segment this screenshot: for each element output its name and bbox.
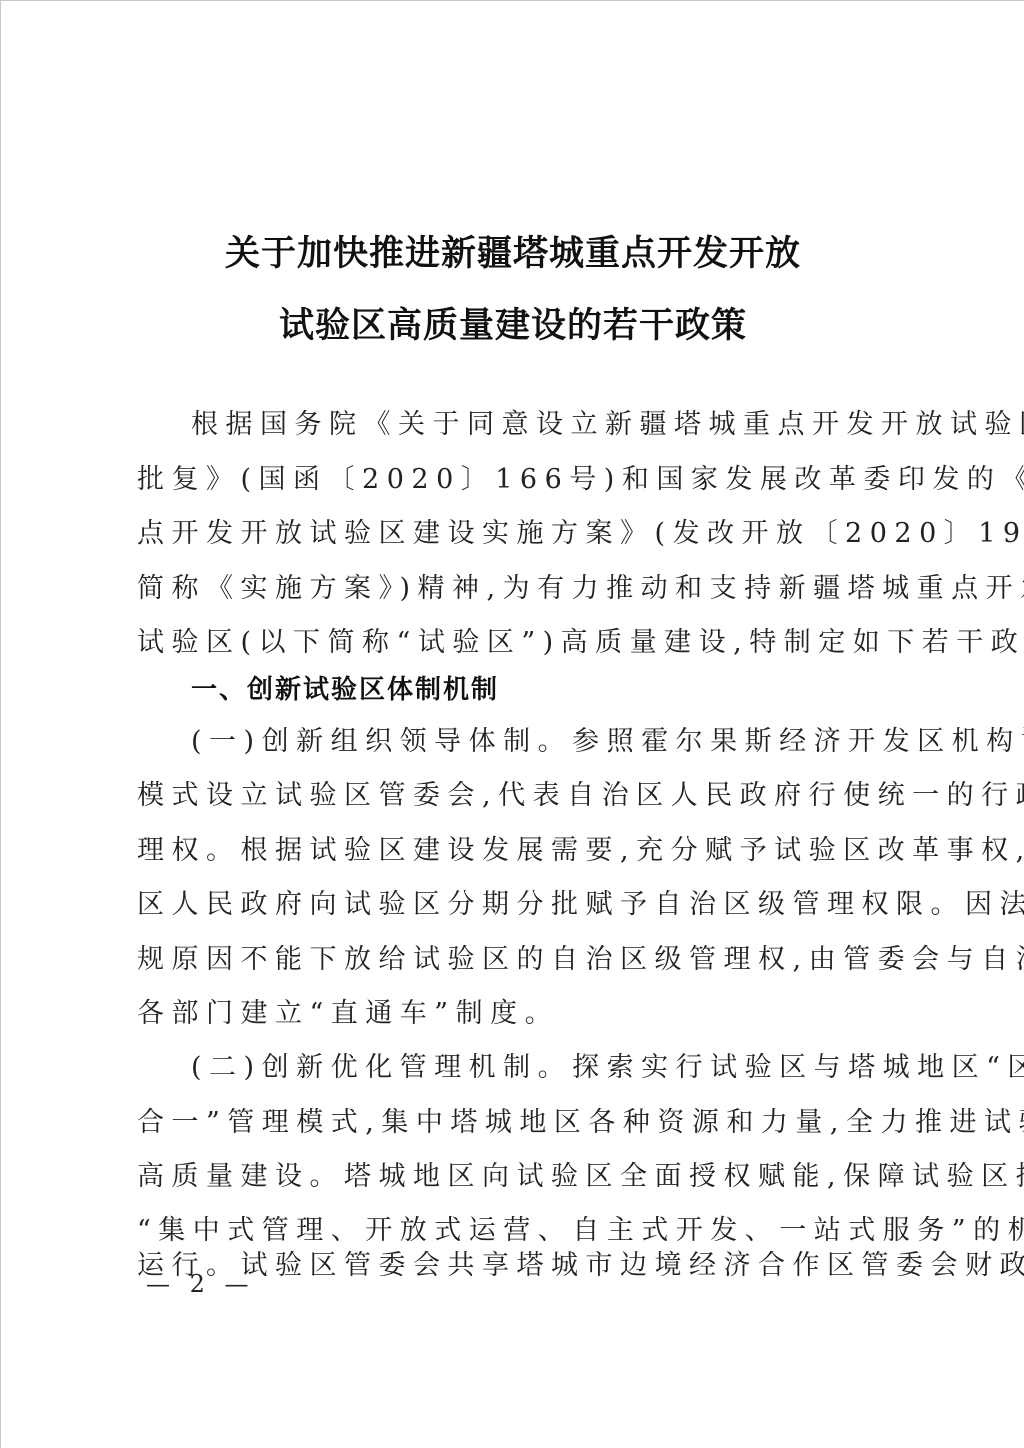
item-1-paragraph-line: 各部门建立“直通车”制度。 — [137, 997, 892, 1031]
document-title-line-1: 关于加快推进新疆塔城重点开发开放 — [1, 234, 1024, 274]
intro-paragraph-line: 批复》(国函〔2020〕166号)和国家发展改革委印发的《新疆塔城重 — [137, 463, 892, 497]
intro-paragraph-line: 试验区(以下简称“试验区”)高质量建设,特制定如下若干政策。 — [137, 626, 892, 660]
document-page: 关于加快推进新疆塔城重点开发开放 试验区高质量建设的若干政策 根据国务院《关于同… — [1, 1, 1024, 1448]
item-1-paragraph-line: 规原因不能下放给试验区的自治区级管理权,由管委会与自治区 — [137, 943, 892, 977]
item-2-paragraph-line: 高质量建设。塔城地区向试验区全面授权赋能,保障试验区按照 — [137, 1160, 892, 1194]
intro-paragraph-line: 简称《实施方案》)精神,为有力推动和支持新疆塔城重点开发开放 — [137, 572, 892, 606]
page-number: — 2 — — [146, 1268, 255, 1300]
section-heading: 一、创新试验区体制机制 — [191, 673, 499, 707]
intro-paragraph-line: 点开发开放试验区建设实施方案》(发改开放〔2020〕1921号,以下 — [137, 517, 892, 551]
item-2-paragraph-line: 合一”管理模式,集中塔城地区各种资源和力量,全力推进试验区 — [137, 1106, 892, 1140]
document-title-line-2: 试验区高质量建设的若干政策 — [1, 306, 1024, 346]
item-1-paragraph-line: (一)创新组织领导体制。参照霍尔果斯经济开发区机构设置 — [191, 725, 892, 759]
intro-paragraph-line: 根据国务院《关于同意设立新疆塔城重点开发开放试验区的 — [191, 408, 892, 442]
item-2-paragraph-line: “集中式管理、开放式运营、自主式开发、一站式服务”的机制高效 — [137, 1214, 892, 1248]
item-2-paragraph-line: (二)创新优化管理机制。探索实行试验区与塔城地区“区区 — [191, 1051, 892, 1085]
item-1-paragraph-line: 区人民政府向试验区分期分批赋予自治区级管理权限。因法律法 — [137, 888, 892, 922]
item-1-paragraph-line: 模式设立试验区管委会,代表自治区人民政府行使统一的行政管 — [137, 779, 892, 813]
item-1-paragraph-line: 理权。根据试验区建设发展需要,充分赋予试验区改革事权,自治 — [137, 834, 892, 868]
